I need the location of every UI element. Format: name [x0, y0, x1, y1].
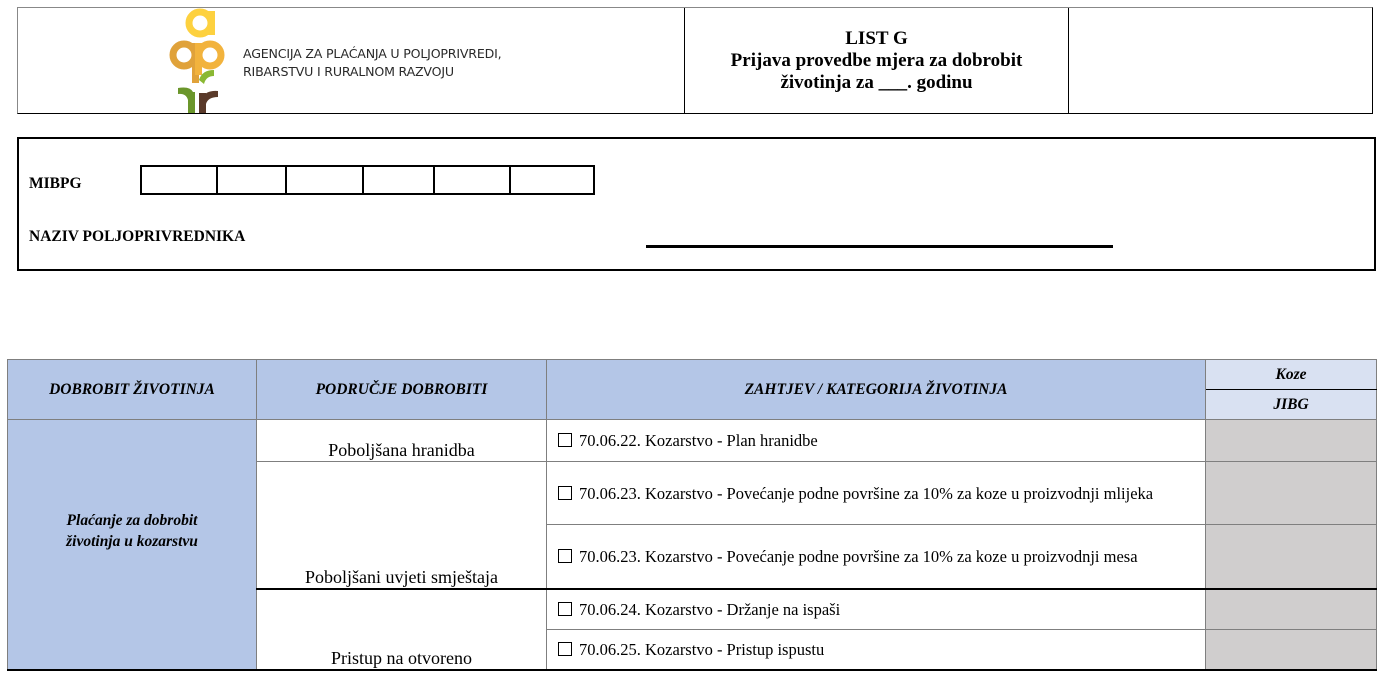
agency-name-line2: RIBARSTVU I RURALNOM RAZVOJU	[243, 63, 501, 81]
requirement-checkbox[interactable]	[558, 549, 572, 563]
farmer-info-box: MIBPG NAZIV POLJOPRIVREDNIKA	[17, 137, 1376, 271]
animal-welfare-table: DOBROBIT ŽIVOTINJA PODRUČJE DOBROBITI ZA…	[7, 359, 1377, 671]
farmer-name-field[interactable]	[646, 245, 1113, 248]
mibpg-digit-field[interactable]	[435, 167, 511, 193]
farmer-name-label: NAZIV POLJOPRIVREDNIKA	[29, 228, 245, 246]
requirement-cell: 70.06.23. Kozarstvo - Povećanje podne po…	[547, 462, 1206, 525]
jibg-field[interactable]	[1206, 630, 1377, 670]
form-title: LIST G Prijava provedbe mjera za dobrobi…	[684, 8, 1069, 113]
apprrr-logo-icon	[166, 8, 230, 113]
jibg-field[interactable]	[1206, 525, 1377, 589]
mibpg-digit-field[interactable]	[287, 167, 364, 193]
form-header: AGENCIJA ZA PLAĆANJA U POLJOPRIVREDI, RI…	[17, 7, 1373, 114]
form-title-line3: životinja za ___. godinu	[780, 72, 972, 94]
column-header-requirement: ZAHTJEV / KATEGORIJA ŽIVOTINJA	[547, 360, 1206, 420]
jibg-field[interactable]	[1206, 589, 1377, 630]
column-header-unit: JIBG	[1206, 390, 1377, 420]
area-cell: Pristup na otvoreno	[257, 589, 547, 670]
mibpg-digit-field[interactable]	[511, 167, 595, 193]
area-cell: Poboljšani uvjeti smještaja	[257, 462, 547, 589]
agency-name: AGENCIJA ZA PLAĆANJA U POLJOPRIVREDI, RI…	[243, 45, 501, 81]
requirement-label: 70.06.22. Kozarstvo - Plan hranidbe	[579, 431, 818, 450]
requirement-cell: 70.06.24. Kozarstvo - Držanje na ispaši	[547, 589, 1206, 630]
mibpg-digit-field[interactable]	[142, 167, 218, 193]
requirement-label: 70.06.24. Kozarstvo - Držanje na ispaši	[579, 600, 840, 619]
header-empty-cell	[1069, 8, 1372, 113]
agency-logo-cell: AGENCIJA ZA PLAĆANJA U POLJOPRIVREDI, RI…	[18, 8, 684, 113]
mibpg-label: MIBPG	[29, 175, 82, 193]
mibpg-input-boxes	[140, 165, 595, 195]
requirement-checkbox[interactable]	[558, 433, 572, 447]
table-row: Plaćanje za dobrobit životinja u kozarst…	[8, 420, 1377, 462]
requirement-label: 70.06.25. Kozarstvo - Pristup ispustu	[579, 640, 824, 659]
jibg-field[interactable]	[1206, 420, 1377, 462]
form-title-line2: Prijava provedbe mjera za dobrobit	[731, 50, 1023, 72]
requirement-label: 70.06.23. Kozarstvo - Povećanje podne po…	[579, 547, 1138, 566]
requirement-cell: 70.06.22. Kozarstvo - Plan hranidbe	[547, 420, 1206, 462]
requirement-checkbox[interactable]	[558, 486, 572, 500]
agency-name-line1: AGENCIJA ZA PLAĆANJA U POLJOPRIVREDI,	[243, 45, 501, 63]
requirement-label: 70.06.23. Kozarstvo - Povećanje podne po…	[579, 484, 1153, 503]
column-header-animal: Koze	[1206, 360, 1377, 390]
mibpg-digit-field[interactable]	[218, 167, 287, 193]
column-header-area: PODRUČJE DOBROBITI	[257, 360, 547, 420]
requirement-cell: 70.06.23. Kozarstvo - Povećanje podne po…	[547, 525, 1206, 589]
form-title-list: LIST G	[845, 28, 908, 50]
mibpg-digit-field[interactable]	[364, 167, 435, 193]
requirement-checkbox[interactable]	[558, 642, 572, 656]
requirement-checkbox[interactable]	[558, 602, 572, 616]
jibg-field[interactable]	[1206, 462, 1377, 525]
column-header-welfare: DOBROBIT ŽIVOTINJA	[8, 360, 257, 420]
area-cell: Poboljšana hranidba	[257, 420, 547, 462]
requirement-cell: 70.06.25. Kozarstvo - Pristup ispustu	[547, 630, 1206, 670]
welfare-group-label: Plaćanje za dobrobit životinja u kozarst…	[42, 510, 222, 552]
welfare-group-cell: Plaćanje za dobrobit životinja u kozarst…	[8, 420, 257, 670]
